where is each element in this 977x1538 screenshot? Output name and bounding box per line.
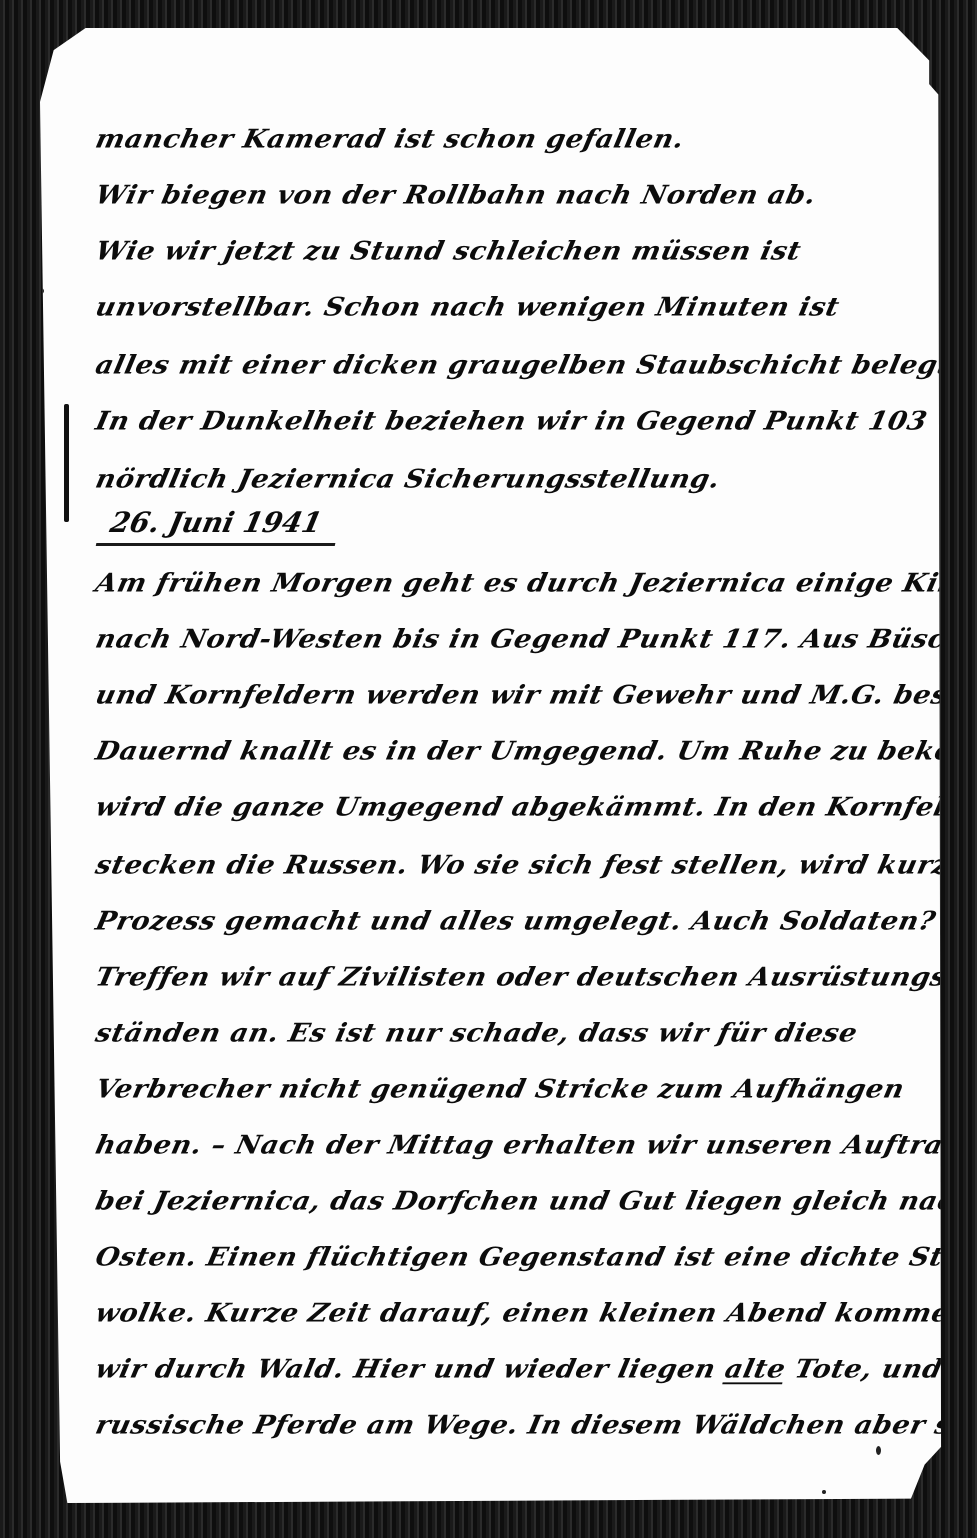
text-line: Wir biegen von der Rollbahn nach Norden … [93,181,819,210]
text-line: Treffen wir auf Zivilisten oder deutsche… [93,963,977,992]
text-line: nördlich Jeziernica Sicherungsstellung. [93,465,723,494]
text-line: stecken die Russen. Wo sie sich fest ste… [93,851,977,880]
text-line: Dauernd knallt es in der Umgegend. Um Ru… [93,737,977,766]
text-line: Verbrecher nicht genügend Stricke zum Au… [93,1075,907,1104]
text-line: ständen an. Es ist nur schade, dass wir … [93,1019,860,1048]
text-line: Prozess gemacht und alles umgelegt. Auch… [93,907,939,936]
text-line: haben. – Nach der Mittag erhalten wir un… [93,1131,966,1160]
underlined-word: alte [722,1355,788,1384]
diary-page: mancher Kamerad ist schon gefallen. Wir … [40,28,952,1506]
text-line: wir durch Wald. Hier und wieder liegen a… [93,1355,945,1384]
text-line: bei Jeziernica, das Dorfchen und Gut lie… [93,1187,977,1216]
date-heading: 26. Juni 1941 [96,506,343,546]
text-line: und Kornfeldern werden wir mit Gewehr un… [93,681,977,710]
scan-speck [876,1446,881,1455]
text-line: unvorstellbar. Schon nach wenigen Minute… [93,293,842,322]
text-line: Am frühen Morgen geht es durch Jeziernic… [93,569,977,598]
margin-mark-bar [64,404,69,522]
scan-speck [822,1490,826,1494]
text-line: wird die ganze Umgegend abgekämmt. In de… [93,793,977,822]
text-line: mancher Kamerad ist schon gefallen. [93,125,687,154]
text-line: wolke. Kurze Zeit darauf, einen kleinen … [93,1299,973,1328]
text-line: Wie wir jetzt zu Stund schleichen müssen… [93,237,804,266]
page-content: mancher Kamerad ist schon gefallen. Wir … [40,28,952,1506]
text-line: Osten. Einen flüchtigen Gegenstand ist e… [93,1243,977,1272]
text-line: alles mit einer dicken graugelben Staubs… [93,351,964,380]
text-line: In der Dunkelheit beziehen wir in Gegend… [93,407,930,436]
text-line: nach Nord-Westen bis in Gegend Punkt 117… [93,625,977,654]
text-line: russische Pferde am Wege. In diesem Wäld… [93,1411,977,1440]
